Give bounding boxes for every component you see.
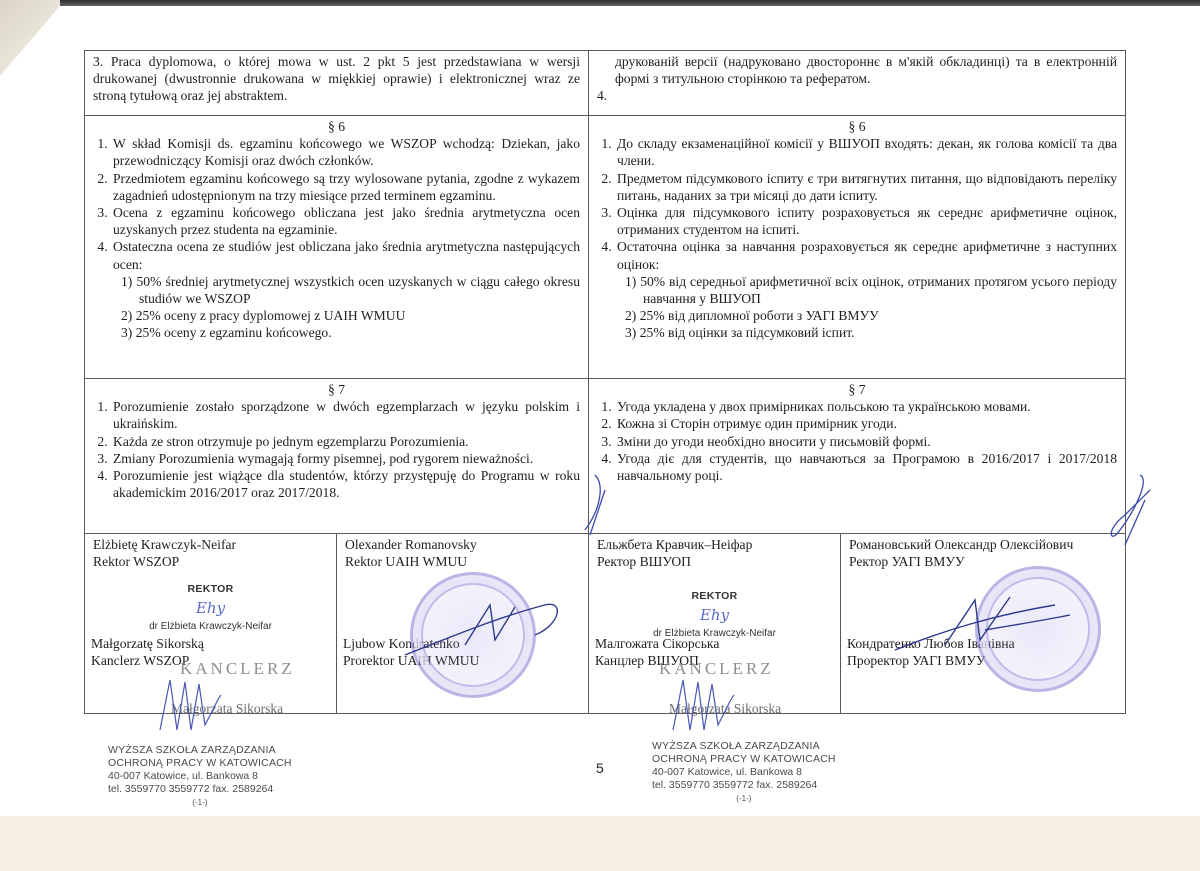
section-7-ukrainian: § 7 Угода укладена у двох примірниках по… <box>589 379 1126 534</box>
list-item: Угода діє для студентів, що навчаються з… <box>615 450 1117 484</box>
pl-item-3: 3. Praca dyplomowa, o której mowa w ust.… <box>93 53 580 105</box>
section-7-row: § 7 Porozumienie zostało sporządzone w d… <box>85 379 1126 534</box>
page-number: 5 <box>596 760 604 776</box>
list-item: До складу екзаменаційної комісії у ВШУОП… <box>615 135 1117 169</box>
section-6-row: § 6 W skład Komisji ds. egzaminu końcowe… <box>85 116 1126 379</box>
institution-address-stamp: WYŻSZA SZKOŁA ZARZĄDZANIA OCHRONĄ PRACY … <box>108 744 292 809</box>
rektor-stamp: REKTOR Ehy dr Elżbieta Krawczyk-Neifar <box>85 581 336 635</box>
list-item: Przedmiotem egzaminu końcowego są trzy w… <box>111 170 580 204</box>
sub-list-item: 3) 25% від оцінки за підсумковий іспит. <box>643 324 1117 341</box>
list-item: Кожна зі Сторін отримує один примірник у… <box>615 415 1117 432</box>
bilingual-agreement-table: 3. Praca dyplomowa, o której mowa w ust.… <box>84 50 1126 714</box>
polish-column: 3. Praca dyplomowa, o której mowa w ust.… <box>85 51 589 116</box>
section-6-polish: § 6 W skład Komisji ds. egzaminu końcowe… <box>85 116 589 379</box>
signatory-role: Rektor WSZOP <box>93 553 328 570</box>
kanclerz-stamp-name: Małgorzata Sikorska <box>171 700 283 717</box>
list-item: Ostateczna ocena ze studiów jest oblicza… <box>111 238 580 341</box>
ua-item-3-continued: друкованій версії (надруковано двосторон… <box>597 53 1117 87</box>
signature-block-wszop-pl: Elżbietę Krawczyk-Neifar Rektor WSZOP RE… <box>85 534 337 714</box>
list-item: Оцінка для підсумкового іспиту розрахову… <box>615 204 1117 238</box>
list-item: Porozumienie jest wiążące dla studentów,… <box>111 467 580 501</box>
institution-address-stamp: WYŻSZA SZKOŁA ZARZĄDZANIA OCHRONĄ PRACY … <box>652 740 836 805</box>
kanclerz-stamp: KANCLERZ <box>659 660 774 677</box>
ua-item-4: 4. <box>597 87 1117 104</box>
signatory-name: Olexander Romanovsky <box>345 536 580 553</box>
signature-row: Elżbietę Krawczyk-Neifar Rektor WSZOP RE… <box>85 534 1126 714</box>
signatory-role: Ректор ВШУОП <box>597 553 832 570</box>
handwritten-signature: Ehy <box>589 605 840 625</box>
scan-bottom-edge <box>0 816 1200 871</box>
list-item: Każda ze stron otrzymuje po jednym egzem… <box>111 433 580 450</box>
signatory-name: Романовський Олександр Олексійович <box>849 536 1117 553</box>
sub-list-item: 2) 25% oceny z pracy dyplomowej z UAIH W… <box>139 307 580 324</box>
list-item: Зміни до угоди необхідно вносити у письм… <box>615 433 1117 450</box>
list-item-text: Ostateczna ocena ze studiów jest oblicza… <box>113 239 580 271</box>
sub-list-item: 3) 25% oceny z egzaminu końcowego. <box>139 324 580 341</box>
list-item-text: Остаточна оцінка за навчання розраховуєт… <box>617 239 1117 271</box>
sub-list-item: 1) 50% średniej arytmetycznej wszystkich… <box>139 273 580 307</box>
section-heading: § 6 <box>93 118 580 135</box>
sub-list-item: 2) 25% від дипломної роботи з УАГІ ВМУУ <box>643 307 1117 324</box>
list-item: Ocena z egzaminu końcowego obliczana jes… <box>111 204 580 238</box>
ukrainian-column: друкованій версії (надруковано двосторон… <box>589 51 1126 116</box>
section-7-polish: § 7 Porozumienie zostało sporządzone w d… <box>85 379 589 534</box>
list-item: Zmiany Porozumienia wymagają formy pisem… <box>111 450 580 467</box>
university-seal-icon <box>975 566 1101 692</box>
kanclerz-stamp: KANCLERZ <box>180 660 295 677</box>
list-item: Предметом підсумкового іспиту є три витя… <box>615 170 1117 204</box>
section-heading: § 7 <box>597 381 1117 398</box>
list-item: Porozumienie zostało sporządzone w dwóch… <box>111 398 580 432</box>
sub-list-item: 1) 50% від середньої арифметичної всіх о… <box>643 273 1117 307</box>
handwritten-signature: Ehy <box>85 598 336 618</box>
list-item: Остаточна оцінка за навчання розраховуєт… <box>615 238 1117 341</box>
signatory-name: Małgorzatę Sikorską <box>91 635 204 652</box>
university-seal-icon <box>410 572 536 698</box>
signature-block-wszop-ua: Ельжбета Кравчик–Неіфар Ректор ВШУОП REK… <box>589 534 841 714</box>
continuation-row: 3. Praca dyplomowa, o której mowa w ust.… <box>85 51 1126 116</box>
section-heading: § 7 <box>93 381 580 398</box>
signatory-name: Elżbietę Krawczyk-Neifar <box>93 536 328 553</box>
section-heading: § 6 <box>597 118 1117 135</box>
section-6-ukrainian: § 6 До складу екзаменаційної комісії у В… <box>589 116 1126 379</box>
signatory-role: Ректор УАГІ ВМУУ <box>849 553 1117 570</box>
list-item: Угода укладена у двох примірниках польсь… <box>615 398 1117 415</box>
signatory-role: Rektor UAIH WMUU <box>345 553 580 570</box>
signatory-name: Ельжбета Кравчик–Неіфар <box>597 536 832 553</box>
list-item: W skład Komisji ds. egzaminu końcowego w… <box>111 135 580 169</box>
signatory-name: Малгожата Сікорська <box>595 635 719 652</box>
kanclerz-stamp-name: Małgorzata Sikorska <box>669 700 781 717</box>
